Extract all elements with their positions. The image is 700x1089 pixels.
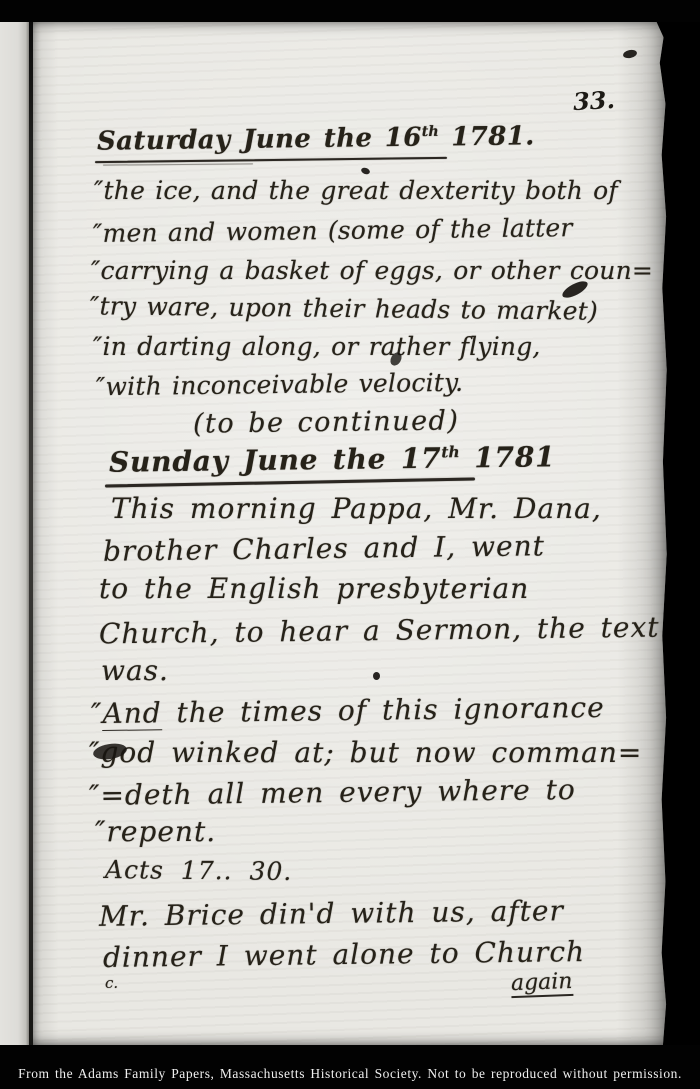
heading-text: 1781 [460, 440, 556, 474]
margin-mark: c. [105, 974, 118, 992]
scripture-text: the times of this ignorance [161, 691, 604, 729]
manuscript-line: ″men and women (some of the latter [93, 213, 573, 248]
heading-text: Sunday June the 17 [109, 442, 442, 479]
manuscript-line: ″the ice, and the great dexterity both o… [94, 176, 618, 205]
underlined-word: And [102, 696, 162, 731]
scripture-line: ″And the times of this ignorance [91, 691, 605, 730]
manuscript-line: to the English presbyterian [99, 572, 529, 605]
heading-text: Saturday June the 16 [97, 123, 422, 157]
heading-superscript: th [441, 443, 460, 461]
scripture-line: ″repent. [95, 815, 216, 848]
continuation-note: (to be continued) [193, 405, 460, 439]
citation-line: Acts 17.. 30. [105, 855, 293, 886]
scan-top-border [0, 0, 700, 22]
manuscript-line: dinner I went alone to Church [103, 935, 585, 974]
manuscript-line: ″carrying a basket of eggs, or other cou… [91, 256, 653, 285]
manuscript-line: ″in darting along, or rather flying, [93, 332, 541, 361]
entry-heading-sunday: Sunday June the 17th 1781 [109, 440, 556, 478]
ink-blot [373, 672, 380, 680]
manuscript-line: ″try ware, upon their heads to market) [90, 291, 598, 325]
manuscript-line: brother Charles and I, went [103, 529, 545, 567]
heading-underline-faint [103, 163, 253, 165]
scan-frame: 33. Saturday June the 16th 1781. ″the ic… [0, 0, 700, 1089]
heading-superscript: th [422, 124, 439, 140]
scripture-line: ″=deth all men every where to [89, 773, 576, 812]
interline-insertion-again: again [511, 969, 573, 998]
book-gutter-shadow [29, 22, 33, 1045]
heading-underline [105, 477, 475, 487]
manuscript-line: Church, to hear a Sermon, the text [99, 611, 660, 651]
manuscript-line: Mr. Brice din'd with us, after [99, 894, 564, 933]
manuscript-line: This morning Pappa, Mr. Dana, [111, 492, 602, 525]
ink-blot [360, 167, 371, 176]
facing-page-edge [0, 22, 30, 1045]
manuscript-page: 33. Saturday June the 16th 1781. ″the ic… [33, 22, 668, 1045]
footer-caption: From the Adams Family Papers, Massachuse… [0, 1066, 700, 1082]
scripture-line: ″god winked at; but now comman= [89, 736, 642, 769]
scanned-manuscript-screenshot: { "document": { "page_number": "33.", "f… [0, 0, 700, 1089]
ink-blot [622, 49, 637, 60]
heading-underline [95, 157, 447, 163]
page-number: 33. [572, 85, 615, 116]
heading-text: 1781. [439, 121, 535, 152]
manuscript-line: was. [101, 654, 169, 687]
entry-heading-saturday: Saturday June the 16th 1781. [97, 121, 535, 156]
manuscript-line: ″with inconceivable velocity. [96, 368, 464, 401]
